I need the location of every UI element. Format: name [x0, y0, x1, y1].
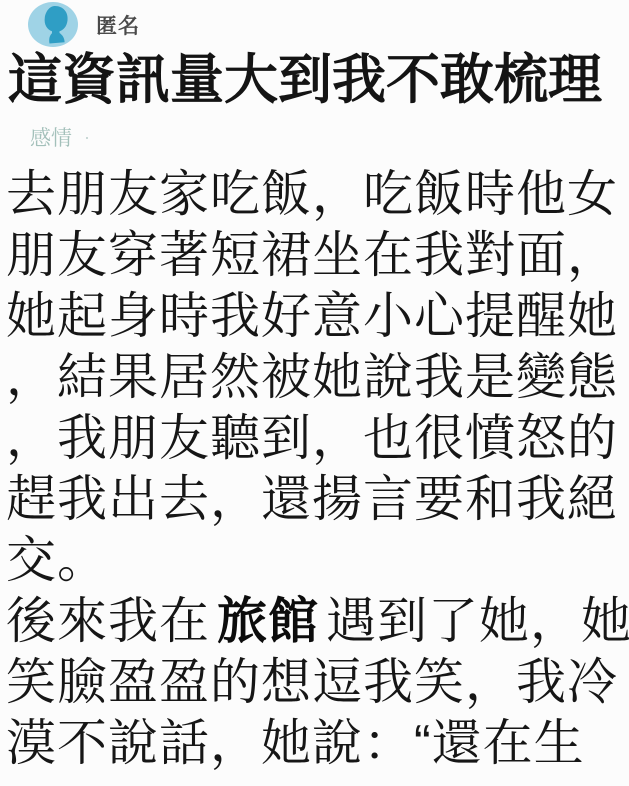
hotel-line-suffix: 遇到了她，她 [326, 593, 629, 649]
hotel-line-prefix: 後來我在 [6, 593, 210, 649]
username-label: 匿名 [96, 10, 140, 40]
body-line: ，我朋友聽到，也很憤怒的 [6, 408, 629, 469]
post-body: 去朋友家吃飯，吃飯時他女 朋友穿著短裙坐在我對面， 她起身時我好意小心提醒她 ，… [6, 164, 629, 774]
body-line: 漠不說話，她說：“還在生 [6, 713, 629, 774]
category-separator-dot: · [84, 127, 90, 148]
body-line: 她起身時我好意小心提醒她 [6, 286, 629, 347]
body-line: 朋友穿著短裙坐在我對面， [6, 225, 629, 286]
body-line: 去朋友家吃飯，吃飯時他女 [6, 164, 629, 225]
post-screenshot: 匿名 這資訊量大到我不敢梳理 感情 · 去朋友家吃飯，吃飯時他女 朋友穿著短裙坐… [0, 0, 629, 786]
body-line: 笑臉盈盈的想逗我笑，我冷 [6, 652, 629, 713]
category-row: 感情 · [30, 122, 90, 152]
body-line: ，結果居然被她說我是變態 [6, 347, 629, 408]
post-header: 匿名 [28, 2, 140, 47]
category-badge: 感情 [30, 122, 72, 152]
body-line-hotel: 後來我在旅館遇到了她，她 [6, 591, 629, 652]
anonymous-avatar-icon [28, 2, 78, 47]
highlighted-word: 旅館 [217, 593, 319, 649]
body-line: 趕我出去，還揚言要和我絕 [6, 469, 629, 530]
post-title: 這資訊量大到我不敢梳理 [8, 48, 602, 112]
body-line: 交。 [6, 530, 629, 591]
